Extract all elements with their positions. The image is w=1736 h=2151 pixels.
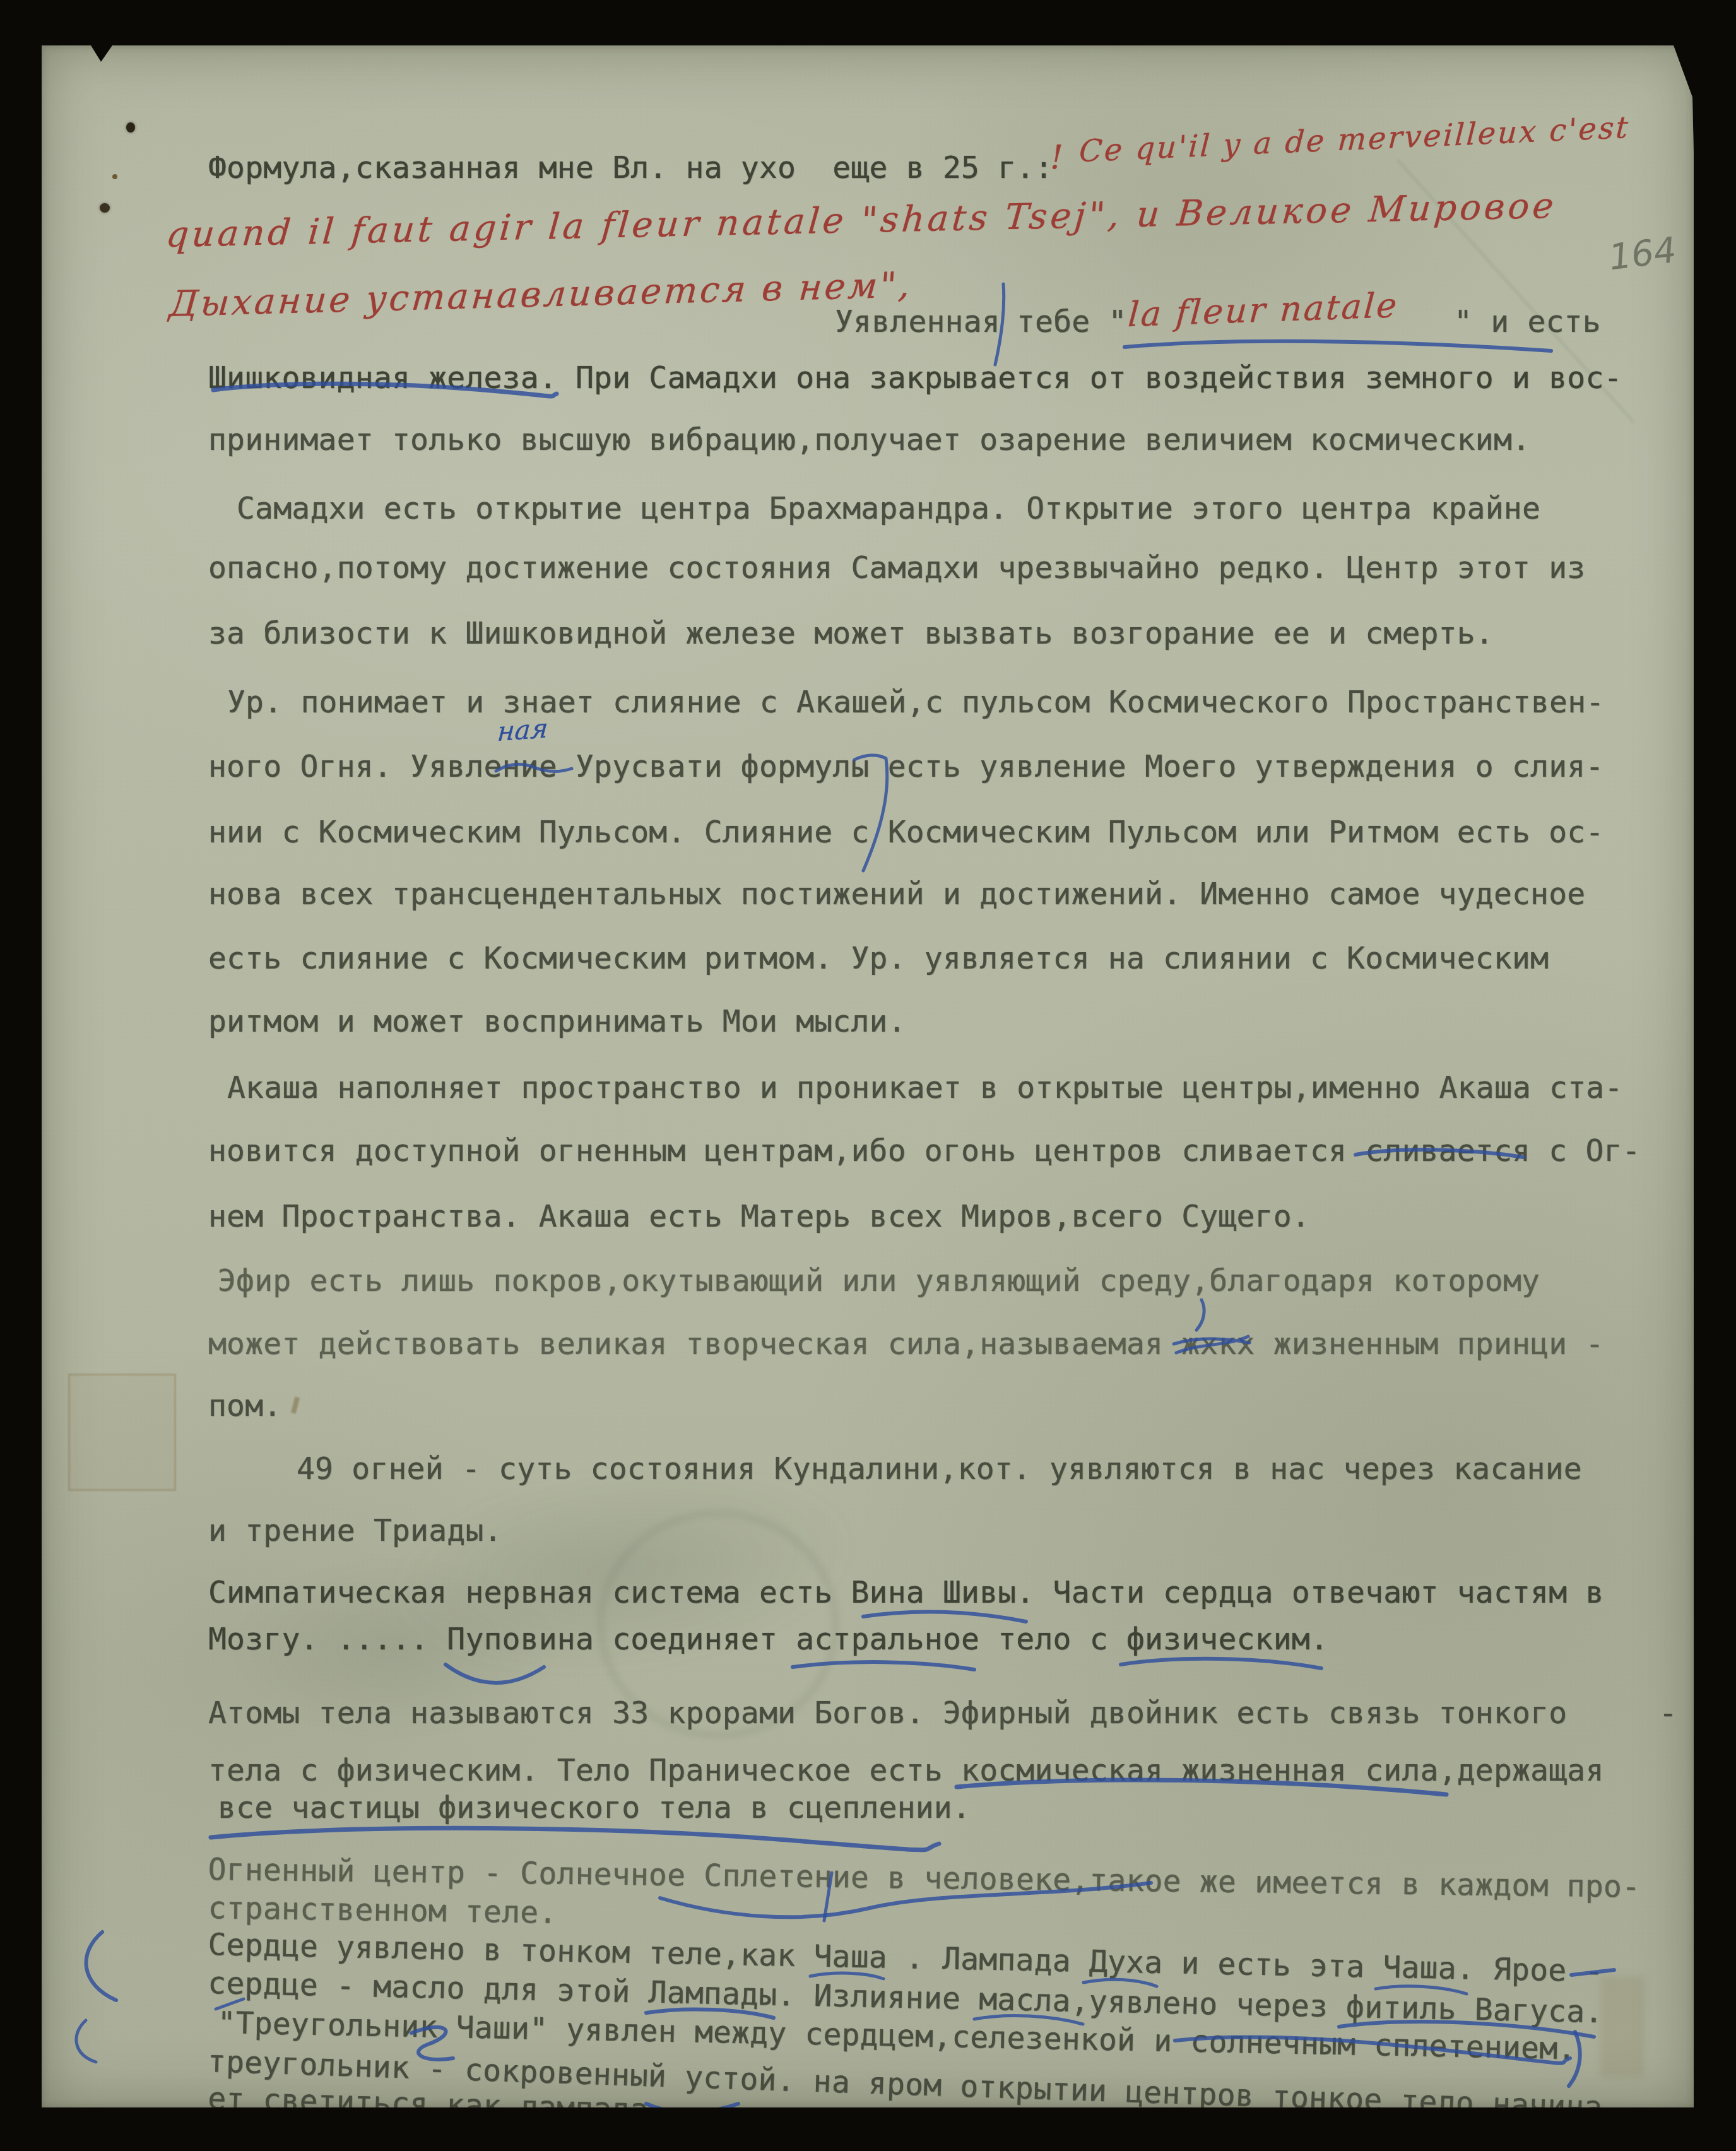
typed-line: пом. bbox=[208, 1389, 281, 1423]
blue-comma-mark bbox=[1196, 1300, 1204, 1330]
typed-line: Симпатическая нервная система есть Вина … bbox=[208, 1576, 1603, 1610]
typed-line: Мозгу. ..... Пуповина соединяет астральн… bbox=[208, 1623, 1328, 1656]
typed-line: за близости к Шишковидной железе может в… bbox=[208, 617, 1494, 651]
red-handwriting-la-fleur-natale: la fleur natale bbox=[1127, 285, 1400, 334]
blue-arc-pupovina bbox=[446, 1665, 544, 1683]
ink-speck bbox=[291, 1396, 300, 1413]
paper-hole bbox=[112, 174, 117, 179]
page-number: 164 bbox=[1607, 230, 1679, 279]
paper-hole bbox=[126, 122, 135, 133]
typed-line: Акаша наполняет пространство и проникает… bbox=[227, 1071, 1622, 1105]
red-handwriting-line1: Ce qu'il y a de merveilleux c'est bbox=[1078, 110, 1631, 169]
typed-line: новится доступной огненным центрам,ибо о… bbox=[208, 1134, 1641, 1168]
paper-hole bbox=[100, 203, 110, 213]
edge-stain bbox=[1600, 1976, 1644, 2077]
typed-line: есть слияние с Космическим ритмом. Ур. у… bbox=[208, 942, 1549, 975]
blue-underline-astralnoe bbox=[793, 1662, 974, 1670]
typed-line: 49 огней - суть состояния Кундалини,кот.… bbox=[297, 1453, 1582, 1486]
typed-line: нова всех трансцендентальных постижений … bbox=[208, 878, 1585, 911]
typed-line: ритмом и может воспринимать Мои мысли. bbox=[208, 1005, 906, 1039]
red-exclamation-mark: ! bbox=[1050, 139, 1063, 177]
blue-underline-la-fleur-natale bbox=[1125, 341, 1551, 351]
blue-underline-fizicheskim bbox=[1121, 1659, 1321, 1668]
blue-margin-bracket-2 bbox=[76, 2020, 96, 2062]
blue-underline-vse-chastitsy bbox=[211, 1828, 939, 1849]
typed-line: и трение Триады. bbox=[208, 1514, 502, 1548]
typed-line: нии с Космическим Пульсом. Слияние с Кос… bbox=[208, 816, 1603, 849]
typed-line: странственном теле. bbox=[208, 1892, 557, 1930]
red-handwriting-line2: quand il faut agir la fleur natale "shat… bbox=[165, 186, 1559, 256]
typed-line: Атомы тела называются 33 крорами Богов. … bbox=[208, 1697, 1677, 1730]
typed-line: Ур. понимает и знает слияние с Акашей,с … bbox=[227, 686, 1604, 719]
typed-line: все частицы физического тела в сцеплении… bbox=[218, 1791, 971, 1825]
blue-margin-bracket-1 bbox=[86, 1932, 116, 2000]
typed-line: ного Огня. Уявление Урусвати формулы ест… bbox=[208, 750, 1603, 784]
typed-line: Шишковидная железа. При Самадхи она закр… bbox=[208, 362, 1622, 395]
typed-line: может действовать великая творческая сил… bbox=[208, 1328, 1603, 1361]
blue-correction-naya: ная bbox=[497, 712, 550, 747]
red-handwriting-line3: Дыхание устанавливается в нем", bbox=[168, 264, 914, 325]
typed-line: тела с физическим. Тело Праническое есть… bbox=[208, 1754, 1603, 1788]
typed-line: принимает только высшую вибрацию,получае… bbox=[208, 423, 1530, 457]
typed-line-tebe: тебе " bbox=[1017, 305, 1127, 339]
blue-underline-vina-shivy bbox=[863, 1612, 1026, 1622]
scan-background: Формула,сказанная мне Вл. на ухо еще в 2… bbox=[0, 0, 1736, 2151]
typed-line-i-est: " и есть bbox=[1454, 305, 1601, 339]
typed-line: нем Пространства. Акаша есть Матерь всех… bbox=[208, 1200, 1310, 1234]
typed-line: Эфир есть лишь покров,окутывающий или уя… bbox=[218, 1264, 1540, 1298]
typed-line: опасно,потому достижение состояния Самад… bbox=[208, 551, 1585, 585]
document-page: Формула,сказанная мне Вл. на ухо еще в 2… bbox=[42, 45, 1694, 2107]
tape-stain bbox=[68, 1374, 176, 1491]
typed-line-formula: Формула,сказанная мне Вл. на ухо еще в 2… bbox=[208, 151, 1053, 185]
typed-line: Самадхи есть открытие центра Брахмарандр… bbox=[237, 492, 1540, 526]
typed-line-uyavlennaya: Уявленная bbox=[835, 305, 1000, 339]
